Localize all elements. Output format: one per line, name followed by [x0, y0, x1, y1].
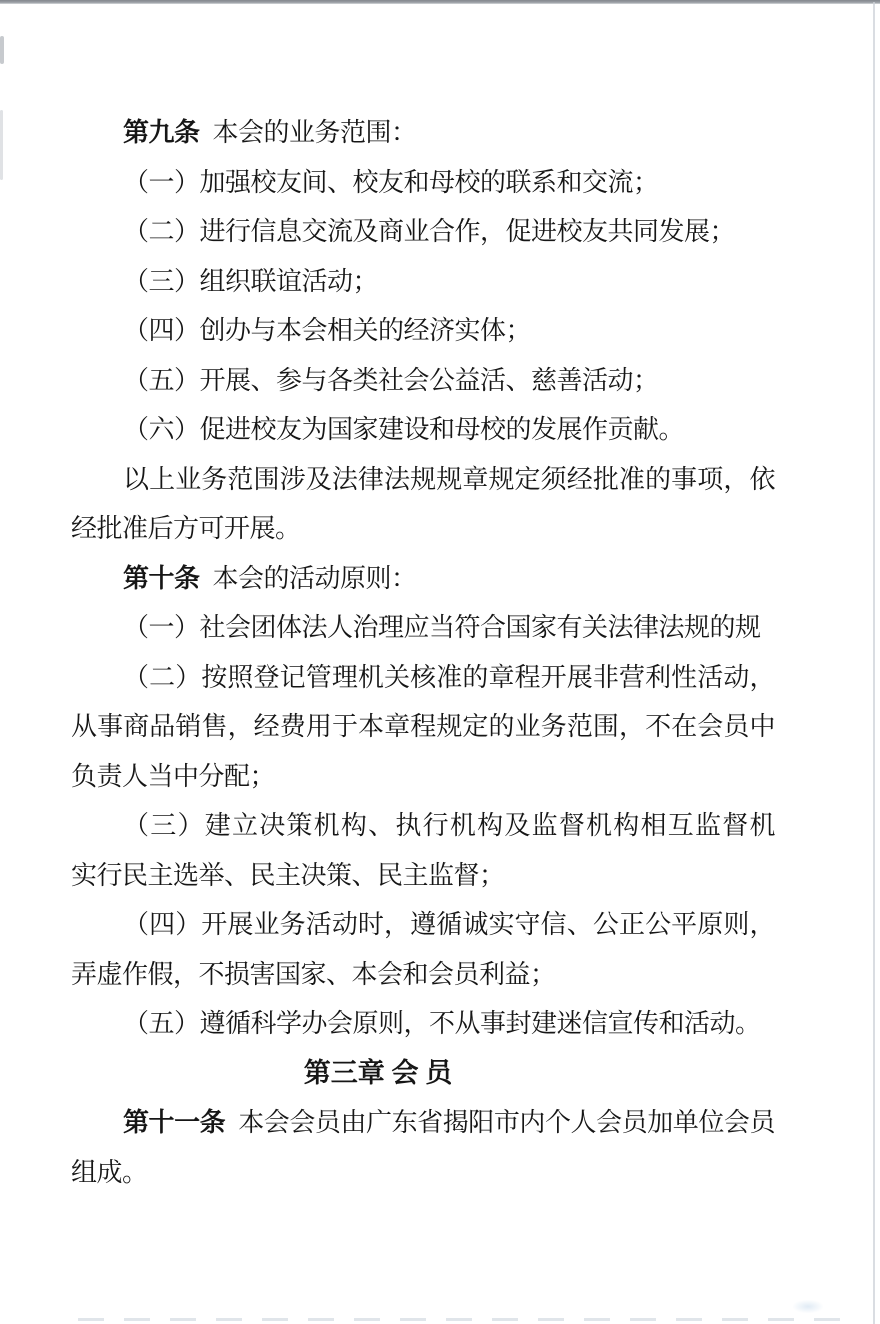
article-9-item-6: （六）促进校友为国家建设和母校的发展作贡献。 — [71, 405, 775, 455]
article-11-line-1: 第十一条本会会员由广东省揭阳市内个人会员加单位会员 — [71, 1098, 775, 1148]
article-9-item-2: （二）进行信息交流及商业合作，促进校友共同发展； — [71, 207, 775, 257]
chapter-3-heading: 第三章 会 员 — [71, 1049, 775, 1099]
article-10-heading-line: 第十条本会的活动原则： — [71, 554, 775, 604]
article-10-item-3-line-1: （三）建立决策机构、执行机构及监督机构相互监督机制， — [71, 801, 775, 851]
scan-smudge-left — [0, 36, 4, 64]
article-11-text: 本会会员由广东省揭阳市内个人会员加单位会员 — [238, 1108, 775, 1137]
article-11-line-2: 组成。 — [71, 1148, 775, 1198]
article-10-title: 本会的活动原则： — [213, 564, 417, 593]
article-9-title: 本会的业务范围： — [213, 118, 417, 147]
article-10-item-2-line-2: 从事商品销售，经费用于本章程规定的业务范围，不在会员中和 — [71, 702, 775, 752]
document-page: 第九条本会的业务范围： （一）加强校友间、校友和母校的联系和交流； （二）进行信… — [71, 108, 775, 1197]
article-10-item-4-line-2: 弄虚作假，不损害国家、本会和会员利益； — [71, 950, 775, 1000]
article-10-item-4-line-1: （四）开展业务活动时，遵循诚实守信、公正公平原则，不 — [71, 900, 775, 950]
scan-edge-top — [0, 0, 880, 4]
article-10-item-3-line-2: 实行民主选举、民主决策、民主监督； — [71, 851, 775, 901]
article-9-note-line-1: 以上业务范围涉及法律法规规章规定须经批准的事项，依法 — [71, 455, 775, 505]
article-10-item-1: （一）社会团体法人治理应当符合国家有关法律法规的规定； — [71, 603, 775, 653]
article-9-number: 第九条 — [123, 118, 200, 147]
article-10-item-5: （五）遵循科学办会原则，不从事封建迷信宣传和活动。 — [71, 999, 775, 1049]
scan-edge-bottom — [78, 1318, 856, 1321]
scan-edge-right — [873, 2, 875, 1324]
scan-smudge-bottom-right — [793, 1300, 823, 1313]
article-11-number: 第十一条 — [123, 1108, 225, 1137]
article-9-note-line-2: 经批准后方可开展。 — [71, 504, 775, 554]
article-10-item-2-line-1: （二）按照登记管理机关核准的章程开展非营利性活动，不 — [71, 653, 775, 703]
article-9-item-3: （三）组织联谊活动； — [71, 257, 775, 307]
article-9-item-5: （五）开展、参与各类社会公益活、慈善活动； — [71, 356, 775, 406]
article-10-item-2-line-3: 负责人当中分配； — [71, 752, 775, 802]
article-9-item-1: （一）加强校友间、校友和母校的联系和交流； — [71, 158, 775, 208]
scan-smudge-left — [0, 110, 3, 180]
article-9-heading-line: 第九条本会的业务范围： — [71, 108, 775, 158]
article-10-number: 第十条 — [123, 564, 200, 593]
article-9-item-4: （四）创办与本会相关的经济实体； — [71, 306, 775, 356]
